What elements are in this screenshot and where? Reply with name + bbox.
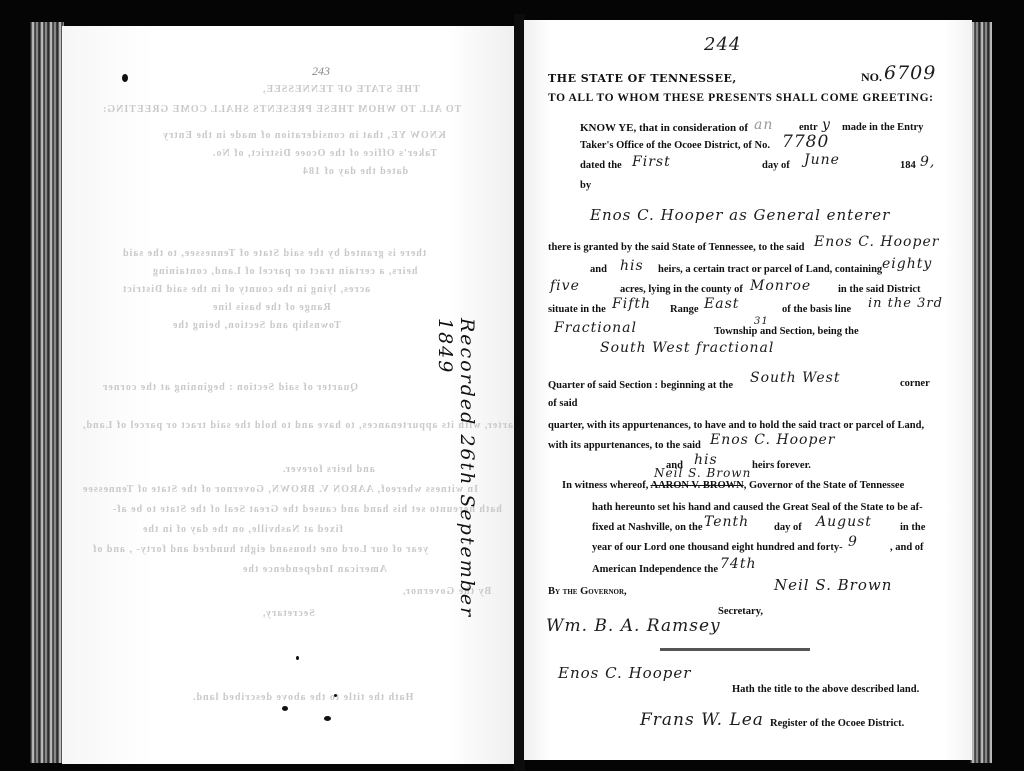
handwritten-entry: y [822, 117, 831, 133]
printed-text: heirs, a certain tract or parcel of Land… [658, 264, 882, 275]
sealed-month: August [816, 514, 872, 530]
right-page: 244 THE STATE OF TENNESSEE, NO. 6709 TO … [524, 20, 972, 760]
printed-text: of said [548, 398, 577, 409]
printed-text: , Governor of the State of Tennessee [744, 480, 905, 491]
printed-text: Secretary, [718, 606, 763, 617]
quarter-description: South West fractional [600, 340, 774, 356]
handwritten-entry: 9 [848, 534, 858, 550]
bleed-through-line: year of our Lord one thousand eight hund… [92, 544, 428, 555]
grantee-name: Enos C. Hooper [710, 432, 835, 448]
printed-text: Range [670, 304, 699, 315]
grantee-name: Enos C. Hooper [814, 234, 939, 250]
dated-day: First [632, 154, 671, 170]
bleed-through-line: Quarter of said Section : beginning at t… [102, 382, 358, 393]
bleed-through-line: American Independence the [242, 564, 387, 575]
printed-text: in the said District [838, 284, 921, 295]
printed-text: with its appurtenances, to the said [548, 440, 701, 451]
printed-text: Quarter of said Section : beginning at t… [548, 380, 733, 391]
bleed-through-line: In witness whereof, AARON V. BROWN, Gove… [82, 484, 478, 495]
signature-rule [660, 648, 810, 651]
printed-text: , and of [890, 542, 924, 553]
printed-text: made in the Entry [842, 122, 923, 133]
register-signature: Frans W. Lea [640, 710, 764, 730]
bleed-through-line: TO ALL TO WHOM THESE PRESENTS SHALL COME… [102, 104, 461, 115]
printed-text: situate in the [548, 304, 606, 315]
governor-name-handwritten: Neil S. Brown [654, 466, 751, 480]
book-edge-right [970, 22, 992, 763]
acreage-handwritten: five [550, 278, 580, 294]
printed-text: by [580, 180, 591, 191]
document-title: THE STATE OF TENNESSEE, [548, 72, 737, 85]
printed-text: Taker's Office of the Ocoee District, of… [580, 140, 770, 151]
bleed-through-line: Hath the title to the above described la… [192, 692, 413, 703]
handwritten-entry: an [754, 117, 773, 133]
right-page-number: 244 [704, 34, 741, 55]
printed-text: American Independence the [592, 564, 718, 575]
handwritten-entry: in the 3rd [868, 296, 943, 311]
bleed-through-line: Range of the basis line [212, 302, 331, 313]
printed-text: dated the [580, 160, 622, 171]
handwritten-entry: his [620, 258, 644, 274]
county-name: Monroe [750, 278, 811, 294]
printed-text: heirs forever. [752, 460, 811, 471]
bleed-through-line: hath hereunto set his hand and caused th… [112, 504, 502, 515]
bleed-through-line: dated the day of 184 [302, 166, 408, 177]
governor-signature: Neil S. Brown [774, 576, 892, 594]
printed-text: fixed at Nashville, on the [592, 522, 703, 533]
struck-governor-name: AARON V. BROWN [650, 480, 743, 491]
ink-speck [334, 694, 337, 697]
enterer-name: Enos C. Hooper as General enterer [590, 206, 890, 224]
ink-speck [282, 706, 288, 711]
range-number: Fifth [612, 296, 651, 312]
printed-text: day of [774, 522, 802, 533]
bleed-through-line: and heirs forever. [282, 464, 375, 475]
sealed-day: Tenth [704, 514, 749, 530]
bleed-through-line: there is granted by the said State of Te… [122, 248, 426, 259]
printed-text: quarter, with its appurtenances, to have… [548, 420, 924, 431]
printed-text: Township and Section, being the [714, 326, 859, 337]
printed-text: acres, lying in the county of [620, 284, 743, 295]
printed-text: 184 [900, 160, 916, 171]
printed-text: corner [900, 378, 930, 389]
printed-text: In witness whereof, [562, 480, 648, 491]
handwritten-entry: 9, [920, 154, 935, 170]
printed-text: By the Governor, [548, 586, 627, 597]
bleed-through-line: THE STATE OF TENNESSEE, [262, 84, 420, 95]
ink-speck [324, 716, 331, 721]
grant-number-label: NO. [861, 70, 882, 85]
bleed-through-line: Township and Section, being the [172, 320, 341, 331]
grant-number-value: 6709 [884, 62, 936, 84]
holder-signature: Enos C. Hooper [558, 664, 691, 682]
book-edge-left [30, 22, 64, 763]
witness-line: In witness whereof, AARON V. BROWN, Gove… [562, 480, 904, 491]
corner-handwritten: South West [750, 370, 840, 386]
printed-text: day of [762, 160, 790, 171]
printed-text: and [590, 264, 607, 275]
printed-text: hath hereunto set his hand and caused th… [592, 502, 923, 513]
printed-text: year of our Lord one thousand eight hund… [592, 542, 843, 553]
printed-text: Hath the title to the above described la… [732, 684, 919, 695]
ink-speck [122, 74, 128, 82]
dated-month: June [804, 152, 840, 168]
ink-speck [296, 656, 299, 660]
bleed-through-line: fixed at Nashville, on the day of in the [142, 524, 343, 535]
printed-text: in the [900, 522, 925, 533]
bleed-through-line: KNOW YE, that in consideration of made i… [162, 130, 446, 141]
left-page-number: 243 [312, 64, 330, 79]
secretary-signature: Wm. B. A. Ramsey [546, 616, 721, 636]
printed-text: there is granted by the said State of Te… [548, 242, 804, 253]
bleed-through-line: Taker's Office of the Ocoee District, of… [212, 148, 437, 159]
bleed-through-line: Secretary, [262, 608, 315, 619]
independence-year: 74th [720, 556, 756, 572]
acreage-handwritten: eighty [882, 256, 932, 272]
bleed-through-line: acres, lying in the county of in the sai… [122, 284, 370, 295]
printed-text: Register of the Ocoee District. [770, 718, 904, 729]
entry-number: 7780 [782, 132, 829, 152]
recorded-date-note: Recorded 26th September 1849 [450, 318, 478, 678]
know-ye-text: KNOW YE, that in consideration of [580, 122, 748, 134]
bleed-through-line: heirs, a certain tract or parcel of Land… [152, 266, 418, 277]
handwritten-entry: Fractional [554, 320, 637, 336]
left-page: 243 THE STATE OF TENNESSEE, TO ALL TO WH… [62, 26, 515, 764]
greeting: TO ALL TO WHOM THESE PRESENTS SHALL COME… [548, 92, 934, 104]
range-direction: East [704, 296, 739, 312]
printed-text: of the basis line [782, 304, 851, 315]
